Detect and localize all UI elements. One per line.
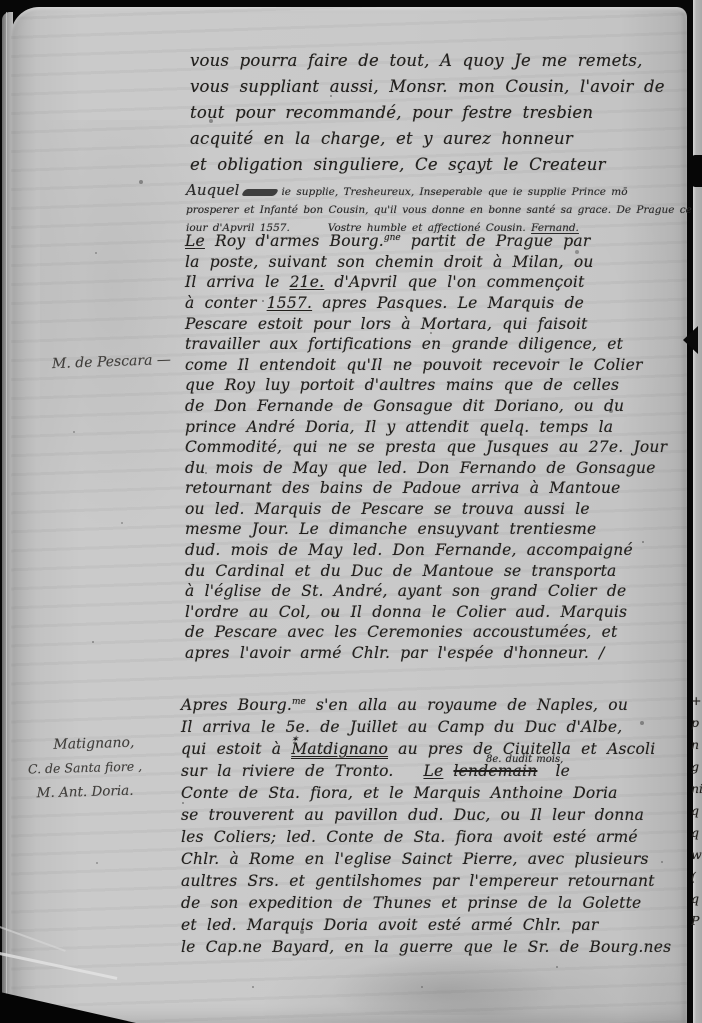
manuscript-line: de Pescare avec les Ceremonies accoustum… (185, 622, 667, 643)
manuscript-line: les Coliers; led. Conte de Sta. fiora av… (181, 826, 671, 848)
letter-closing-paragraph: vous pourra faire de tout, A quoy Je me … (190, 48, 665, 178)
manuscript-line: la poste, suivant son chemin droit à Mil… (185, 252, 667, 273)
text-fragment: ( (691, 866, 702, 888)
manuscript-line: travailler aux fortifications en grande … (185, 334, 667, 355)
manuscript-line: acquité en la charge, et y aurez honneur (190, 126, 665, 152)
manuscript-line: et led. Marquis Doria avoit esté armé Ch… (181, 914, 671, 936)
line-text: Apres Bourg. (181, 696, 292, 714)
manuscript-scan: vous pourra faire de tout, A quoy Je me … (0, 0, 702, 1023)
text-fragment: n (691, 734, 702, 756)
manuscript-line: sur la riviere de Tronto.Le lendemain 8e… (181, 760, 671, 782)
manuscript-line: come Il entendoit qu'Il ne pouvoit recev… (185, 355, 667, 376)
manuscript-line: Commodité, qui ne se presta que Jusques … (185, 437, 667, 458)
text-fragment: + (691, 690, 702, 712)
superscript-abbrev: gne (384, 233, 401, 243)
margin-note-santa-fiore: C. de Santa fiore , (28, 755, 143, 782)
line-text: ie supplie, Tresheureux, Inseperable que… (281, 186, 627, 198)
manuscript-line: se trouverent au pavillon dud. Duc, ou I… (181, 804, 671, 826)
line-text: sur la riviere de Tronto. (181, 762, 393, 780)
text-fragment: p (691, 712, 702, 734)
manuscript-line: de son expedition de Thunes et prinse de… (181, 892, 671, 914)
text-fragment: q (691, 888, 702, 910)
insertion-caret-mark: ✶ (291, 729, 299, 751)
word-auquel: Auquel (186, 181, 239, 199)
text-fragment: g (691, 756, 702, 778)
line-text: partit de Prague par (401, 232, 591, 250)
text-fragment: q (691, 800, 702, 822)
manuscript-line: Le Roy d'armes Bourg.gne partit de Pragu… (185, 228, 667, 252)
paper-specks (0, 0, 2, 2)
text-fragment: ni (691, 778, 702, 800)
facing-page-text-fragments: + p n g ni q q w ( q P (691, 690, 702, 932)
manuscript-line: mesme Jour. Le dimanche ensuyvant trenti… (185, 519, 667, 540)
journey-naples-paragraph: Apres Bourg.me s'en alla au royaume de N… (181, 691, 671, 958)
manuscript-line: Pescare estoit pour lors à Mortara, qui … (185, 314, 667, 335)
manuscript-line: tout pour recommandé, pour festre tresbi… (190, 100, 665, 126)
manuscript-line: à l'église de St. André, ayant son grand… (185, 581, 667, 602)
underlined-date: 21e. (290, 273, 325, 291)
manuscript-line: qui estoit à Matdignano au pres de Ciuit… (181, 738, 671, 760)
manuscript-line: Apres Bourg.me s'en alla au royaume de N… (181, 691, 671, 716)
manuscript-line: vous suppliant aussi, Monsr. mon Cousin,… (190, 74, 665, 100)
line-text: qui estoit à (181, 740, 291, 758)
line-text: Il arriva le (185, 273, 290, 291)
scribble-deletion (241, 189, 279, 196)
manuscript-line: retournant des bains de Padoue arriva à … (185, 478, 667, 499)
manuscript-line: ou led. Marquis de Pescare se trouva aus… (185, 499, 667, 520)
gutter-ink-blob (688, 155, 702, 187)
journey-milan-paragraph: Le Roy d'armes Bourg.gne partit de Pragu… (185, 228, 667, 664)
superscript-abbrev: me (292, 697, 306, 707)
underlined-word: Le (423, 762, 443, 780)
text-fragment: P (691, 910, 702, 932)
manuscript-line: l'ordre au Col, ou Il donna le Colier au… (185, 602, 667, 623)
margin-note-ant-doria: M. Ant. Doria. (36, 779, 143, 806)
manuscript-line: dud. mois de May led. Don Fernande, acco… (185, 540, 667, 561)
manuscript-line: prince André Doria, Il y attendit quelq.… (185, 417, 667, 438)
manuscript-line: prosperer et Infanté bon Cousin, qu'il v… (186, 201, 702, 219)
manuscript-line: à conter 1557. apres Pasques. Le Marquis… (185, 293, 667, 314)
paper-stain (330, 955, 560, 1015)
line-text: Roy d'armes Bourg. (205, 232, 384, 250)
manuscript-line: du mois de May que led. Don Fernando de … (185, 458, 667, 479)
underlined-year: 1557. (267, 294, 312, 312)
line-text: d'Apvril que l'on commençoit (324, 273, 584, 291)
manuscript-line: Il arriva le 21e. d'Apvril que l'on comm… (185, 272, 667, 293)
line-text: s'en alla au royaume de Naples, ou (306, 696, 628, 714)
underlined-placename: Matdignano (291, 740, 388, 759)
manuscript-line: Il arriva le 5e. de Juillet au Camp du D… (181, 716, 671, 738)
manuscript-line: le Cap.ne Bayard, en la guerre que le Sr… (181, 936, 671, 958)
manuscript-line: Chlr. à Rome en l'eglise Sainct Pierre, … (181, 848, 671, 870)
line-text: à conter (185, 294, 267, 312)
manuscript-line: aultres Srs. et gentilshomes par l'emper… (181, 870, 671, 892)
margin-note-matignano: Matignano, (53, 731, 142, 757)
manuscript-line: Conte de Sta. fiora, et le Marquis Antho… (181, 782, 671, 804)
text-fragment: w (691, 844, 702, 866)
manuscript-line: vous pourra faire de tout, A quoy Je me … (190, 48, 665, 74)
manuscript-line: et obligation singuliere, Ce sçayt le Cr… (190, 152, 665, 178)
text-fragment: q (691, 822, 702, 844)
manuscript-line: du Cardinal et du Duc de Mantoue se tran… (185, 561, 667, 582)
manuscript-line: apres l'avoir armé Chlr. par l'espée d'h… (185, 643, 667, 664)
manuscript-line: Auquelie supplie, Tresheureux, Inseperab… (186, 181, 702, 201)
interlinear-insertion: 8e. dudit mois, (486, 749, 563, 771)
margin-note-group: Matignano, C. de Santa fiore , M. Ant. D… (27, 731, 143, 806)
underlined-word: Le (185, 232, 205, 250)
manuscript-line: que Roy luy portoit d'aultres mains que … (185, 375, 667, 396)
line-text: apres Pasques. Le Marquis de (312, 294, 584, 312)
manuscript-line: de Don Fernande de Gonsague dit Doriano,… (185, 396, 667, 417)
